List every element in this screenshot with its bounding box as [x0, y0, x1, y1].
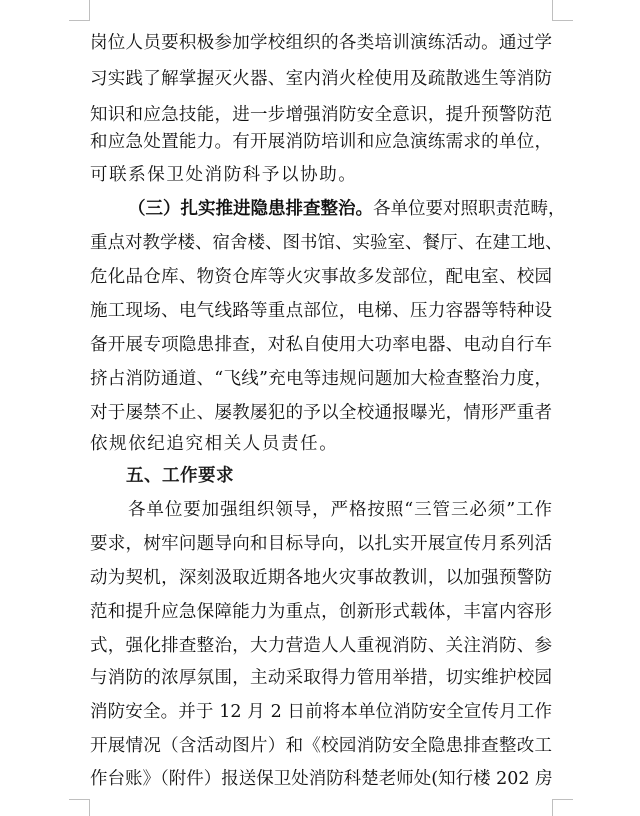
text-line: 开展情况（含活动图片）和《校园消防安全隐患排查整改工: [90, 734, 552, 758]
text-line-first: 各单位要加强组织领导，严格按照“三管三必须”工作: [128, 498, 552, 522]
text-line: 习实践了解掌握灭火器、室内消火栓使用及疏散逃生等消防: [90, 67, 552, 91]
text-line: 消防安全。并于 12 月 2 日前将本单位消防安全宣传月工作: [90, 700, 552, 724]
page-corner-mark-top-right: [552, 0, 573, 21]
text-line: 范和提升应急保障能力为重点，创新形式载体，丰富内容形: [90, 600, 552, 624]
text-line: 和应急处置能力。有开展消防培训和应急演练需求的单位，: [90, 130, 552, 154]
text-line: 与消防的浓厚氛围，主动采取得力管用举措，切实维护校园: [90, 666, 552, 690]
text-line: 对于屡禁不止、屡教屡犯的予以全校通报曝光，情形严重者: [90, 401, 552, 425]
text-line: 动为契机，深刻汲取近期各地火灾事故教训，以加强预警防: [90, 566, 552, 590]
subsection-title: （三）扎实推进隐患排查整治。: [128, 199, 373, 219]
text-line: 可联系保卫处消防科予以协助。: [90, 163, 552, 187]
text-line-first: （三）扎实推进隐患排查整治。各单位要对照职责范畴，: [128, 197, 552, 221]
text-line: 式，强化排查整治，大力营造人人重视消防、关注消防、参: [90, 634, 552, 658]
text-line: 重点对教学楼、宿舍楼、图书馆、实验室、餐厅、在建工地、: [90, 231, 552, 255]
text-line: 依规依纪追究相关人员责任。: [90, 432, 552, 456]
text-line: 备开展专项隐患排查，对私自使用大功率电器、电动自行车: [90, 333, 552, 357]
page-corner-mark-bottom-left: [69, 799, 90, 816]
text-line: 危化品仓库、物资仓库等火灾事故多发部位，配电室、校园: [90, 265, 552, 289]
text-line: 作台账》（附件）报送保卫处消防科楚老师处(知行楼 202 房: [90, 767, 552, 791]
text-line: 要求，树牢问题导向和目标导向，以扎实开展宣传月系列活: [90, 532, 552, 556]
text-run: 各单位要对照职责范畴，: [373, 199, 566, 219]
section-heading: 五、工作要求: [126, 463, 234, 489]
page-corner-mark-top-left: [69, 0, 90, 21]
text-line: 挤占消防通道、“飞线”充电等违规问题加大检查整治力度，: [90, 367, 552, 391]
text-line: 知识和应急技能，进一步增强消防安全意识，提升预警防范: [90, 103, 552, 127]
page-corner-mark-bottom-right: [552, 799, 573, 816]
text-line: 施工现场、电气线路等重点部位，电梯、压力容器等特种设: [90, 299, 552, 323]
text-line: 岗位人员要积极参加学校组织的各类培训演练活动。通过学: [90, 31, 552, 55]
